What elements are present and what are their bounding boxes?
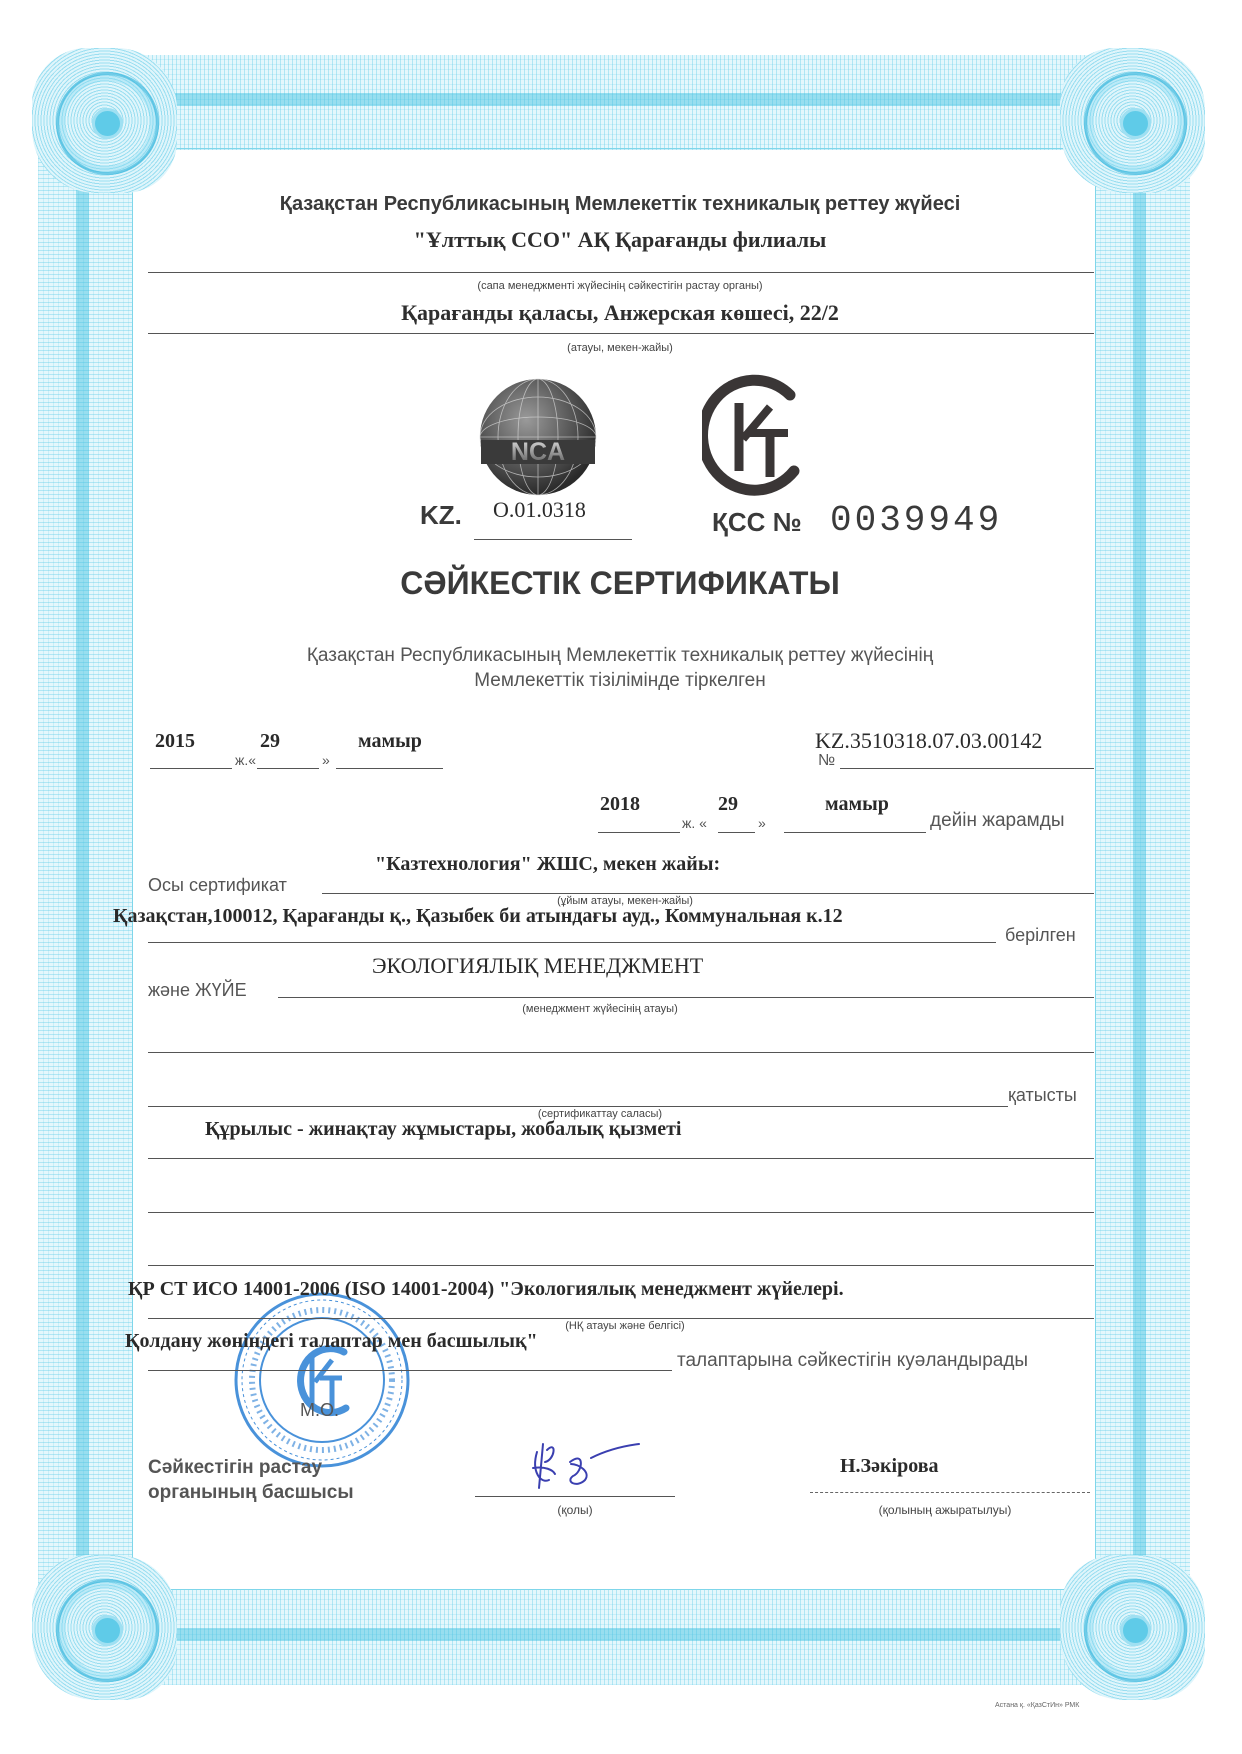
issuing-organization: "Ұлттық ССО" АҚ Қарағанды филиалы <box>150 227 1090 253</box>
divider <box>148 333 1094 334</box>
valid-month: мамыр <box>825 793 889 816</box>
scope-line <box>148 1052 1094 1053</box>
signature-caption: (қолы) <box>525 1503 625 1517</box>
valid-until-label: дейін жарамды <box>930 810 1064 832</box>
scope-line <box>148 1158 1094 1159</box>
valid-day: 29 <box>718 793 738 816</box>
certificate-number: KZ.3510318.07.03.00142 <box>815 728 1042 754</box>
corner-rosette-icon <box>1060 1555 1205 1700</box>
registry-line-1: Қазақстан Республикасының Мемлекеттік те… <box>150 645 1090 667</box>
holder-suffix: берілген <box>1005 925 1076 946</box>
svg-text:NCA: NCA <box>511 438 565 466</box>
registry-line-2: Мемлекеттік тізілімінде тіркелген <box>150 670 1090 692</box>
valid-year-underline <box>598 832 680 833</box>
kst-conformity-mark-icon <box>702 373 817 498</box>
valid-day-suffix: » <box>758 815 766 831</box>
organization-address: Қарағанды қаласы, Анжерская көшесі, 22/2 <box>150 300 1090 326</box>
official-stamp-icon <box>232 1290 412 1470</box>
system-caption: (менеджмент жүйесінің атауы) <box>450 1003 750 1015</box>
standard-line-1: ҚР СТ ИСО 14001-2006 (ISO 14001-2004) "Э… <box>128 1278 844 1301</box>
issue-month: мамыр <box>358 730 422 753</box>
kss-label: ҚСС № <box>712 507 802 538</box>
valid-day-underline <box>718 832 755 833</box>
corner-rosette-icon <box>32 48 177 193</box>
scope-suffix: қатысты <box>1008 1085 1077 1106</box>
document-title: СӘЙКЕСТІК СЕРТИФИКАТЫ <box>150 565 1090 602</box>
kz-registration: KZ. <box>420 500 462 531</box>
signer-name: Н.Зәкірова <box>840 1455 939 1478</box>
head-title-line-1: Сәйкестігін растау <box>148 1455 354 1480</box>
standard-caption: (НҚ атауы және белгісі) <box>525 1320 725 1332</box>
issue-day: 29 <box>260 730 280 753</box>
head-title-line-2: органының басшысы <box>148 1480 354 1505</box>
frame-top-band <box>140 55 1100 150</box>
system-underline <box>278 997 1094 998</box>
number-underline <box>840 768 1094 769</box>
kz-prefix: KZ. <box>420 500 462 530</box>
kss-number: 0039949 <box>830 500 1002 541</box>
issue-day-underline <box>257 768 319 769</box>
scope-line <box>148 1265 1094 1266</box>
corner-rosette-icon <box>1060 48 1205 193</box>
signer-caption: (қолының ажыратылуы) <box>830 1503 1060 1517</box>
frame-right-band <box>1095 150 1190 1595</box>
valid-year-suffix: ж. « <box>682 815 707 831</box>
issue-year: 2015 <box>155 730 195 753</box>
number-label: № <box>818 752 835 770</box>
signer-underline <box>810 1492 1090 1493</box>
system-prefix: және ЖҮЙЕ <box>148 980 247 1001</box>
holder-prefix: Осы сертификат <box>148 875 287 896</box>
holder-address: Қазақстан,100012, Қарағанды қ., Қазыбек … <box>113 905 843 928</box>
address-caption: (атауы, мекен-жайы) <box>150 342 1090 354</box>
corner-rosette-icon <box>32 1555 177 1700</box>
standard-line-2: Қолдану жөніндегі талаптар мен басшылық" <box>125 1330 538 1353</box>
valid-year: 2018 <box>600 793 640 816</box>
standard-underline <box>148 1318 1094 1319</box>
signature-underline <box>475 1496 675 1497</box>
kz-code-underline <box>474 539 632 540</box>
valid-month-underline <box>784 832 926 833</box>
stamp-placeholder-label: М.О. <box>300 1400 339 1421</box>
standard-suffix: талаптарына сәйкестігін куәландырады <box>677 1350 1028 1372</box>
frame-left-band <box>38 150 133 1595</box>
scope-line <box>148 1212 1094 1213</box>
issue-year-underline <box>150 768 232 769</box>
frame-bottom-band <box>140 1590 1100 1685</box>
nca-globe-logo-icon: NCA <box>473 372 603 502</box>
organization-caption: (сапа менеджменті жүйесінің сәйкестігін … <box>150 280 1090 292</box>
scope-line <box>148 1106 1008 1107</box>
head-title: Сәйкестігін растау органының басшысы <box>148 1455 354 1505</box>
standard-underline <box>148 1370 672 1371</box>
issue-year-suffix: ж.« <box>235 752 256 768</box>
system-name: ЭКОЛОГИЯЛЫҚ МЕНЕДЖМЕНТ <box>372 953 703 979</box>
issue-day-suffix: » <box>322 752 330 768</box>
handwritten-signature <box>525 1432 645 1492</box>
kz-code: О.01.0318 <box>493 497 586 523</box>
holder-name-underline <box>322 893 1094 894</box>
printer-imprint: Астана қ. «ҚазСтИн» РМК <box>995 1702 1079 1709</box>
header-title: Қазақстан Республикасының Мемлекеттік те… <box>150 193 1090 216</box>
issue-month-underline <box>336 768 443 769</box>
holder-address-underline <box>148 942 996 943</box>
divider <box>148 272 1094 273</box>
scope-value: Құрылыс - жинақтау жұмыстары, жобалық қы… <box>205 1118 681 1141</box>
holder-name: "Казтехнология" ЖШС, мекен жайы: <box>375 853 720 876</box>
